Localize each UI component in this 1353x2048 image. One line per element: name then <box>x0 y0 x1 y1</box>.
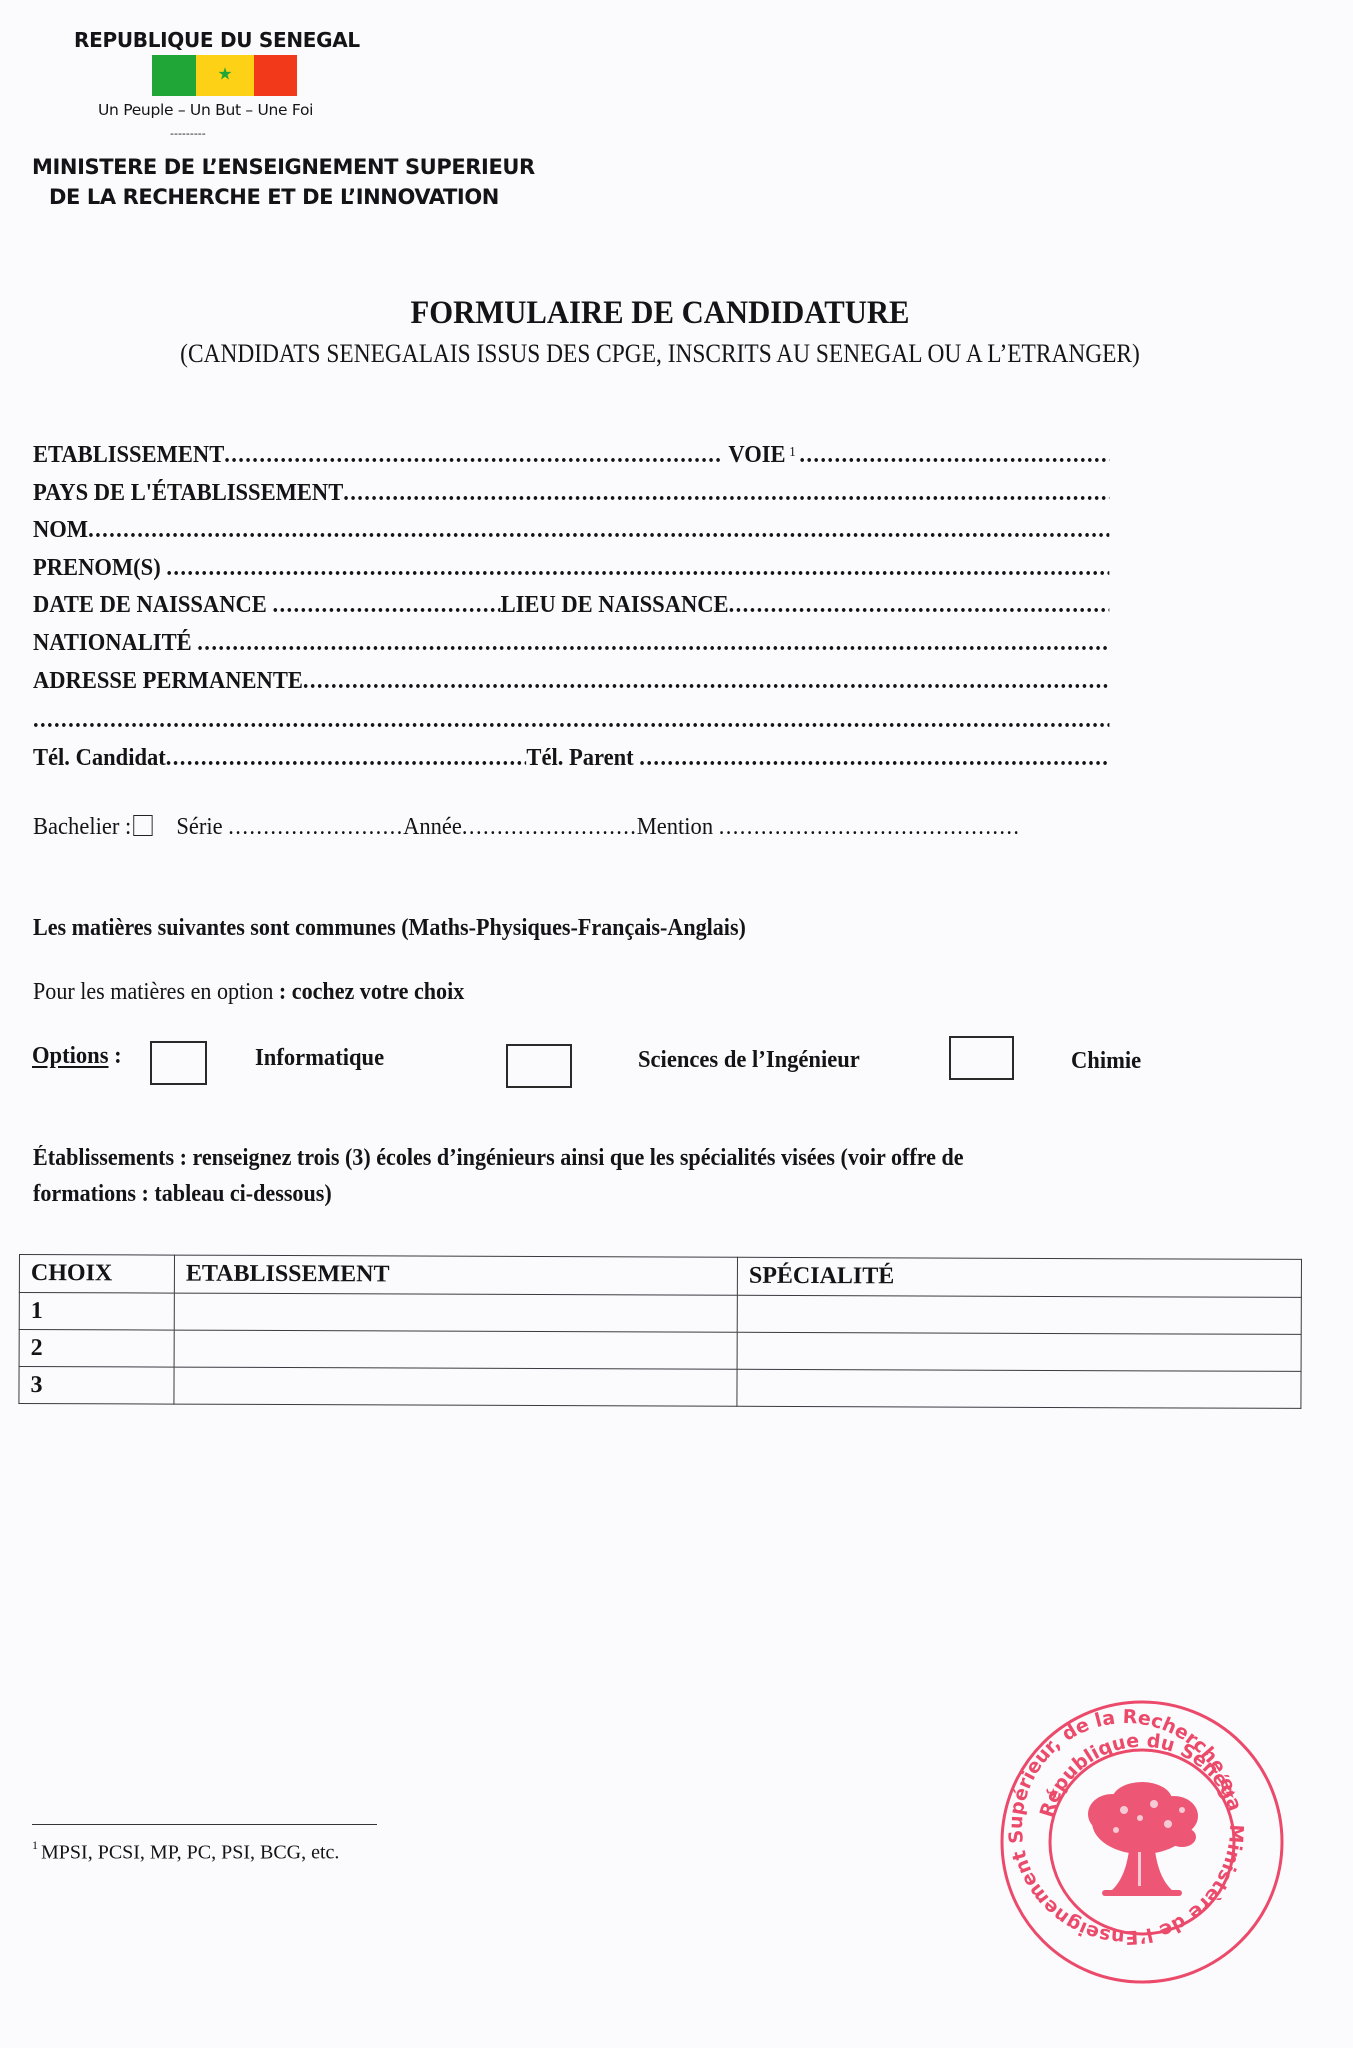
senegal-flag: ★ <box>152 55 297 96</box>
serie-label: Série <box>176 812 228 842</box>
row-nom: NOM <box>33 515 1109 545</box>
footnote-divider <box>32 1824 377 1825</box>
row-pays: PAYS DE L'ÉTABLISSEMENT <box>33 478 1109 508</box>
etablissement-cell[interactable] <box>174 1367 737 1406</box>
nom-label: NOM <box>33 515 88 545</box>
flag-green-band <box>152 55 196 96</box>
establishments-instruction-line-1: Établissements : renseignez trois (3) éc… <box>33 1145 964 1172</box>
row-adresse: ADRESSE PERMANENTE <box>33 666 1109 696</box>
bachelier-label: Bachelier : <box>33 812 131 842</box>
official-stamp: République du Sénégal Ministère de l’Ens… <box>992 1692 1292 1992</box>
footnote-text: MPSI, PCSI, MP, PC, PSI, BCG, etc. <box>41 1842 339 1864</box>
row-nationalite: NATIONALITÉ <box>33 628 1109 658</box>
voie-footnote-ref: 1 <box>789 440 795 468</box>
choices-table: CHOIX ETABLISSEMENT SPÉCIALITÉ 1 2 3 <box>18 1254 1302 1409</box>
annee-field[interactable] <box>462 812 637 842</box>
row-telephones: Tél. Candidat Tél. Parent <box>33 743 1109 773</box>
row-etablissement: ETABLISSEMENT VOIE 1 <box>33 440 1109 470</box>
tel-parent-field[interactable] <box>639 743 1109 773</box>
national-motto: Un Peuple – Un But – Une Foi <box>98 101 313 119</box>
options-colon: : <box>108 1043 121 1069</box>
pays-label: PAYS DE L'ÉTABLISSEMENT <box>33 478 343 508</box>
options-title-text: Options <box>32 1043 108 1069</box>
establishments-instruction-line-2: formations : tableau ci-dessous) <box>33 1181 332 1208</box>
annee-label: Année <box>403 812 462 842</box>
row-prenoms: PRENOM(S) <box>33 553 1109 583</box>
option-sciences-ingenieur-checkbox[interactable] <box>506 1044 572 1088</box>
common-subjects-note: Les matières suivantes sont communes (Ma… <box>33 915 746 942</box>
header-etablissement: ETABLISSEMENT <box>174 1255 737 1295</box>
date-naissance-label: DATE DE NAISSANCE <box>33 590 272 620</box>
etablissement-cell[interactable] <box>174 1293 737 1332</box>
nom-field[interactable] <box>88 515 1109 545</box>
row-adresse-2 <box>33 705 1109 735</box>
table-header-row: CHOIX ETABLISSEMENT SPÉCIALITÉ <box>19 1255 1301 1298</box>
specialite-cell[interactable] <box>737 1332 1301 1371</box>
ministry-line-1: MINISTERE DE L’ENSEIGNEMENT SUPERIEUR <box>32 152 535 182</box>
stamp-seal-icon: République du Sénégal Ministère de l’Ens… <box>992 1692 1292 1992</box>
header-specialite: SPÉCIALITÉ <box>737 1257 1301 1297</box>
flag-red-band <box>254 55 297 96</box>
tel-candidat-field[interactable] <box>166 743 527 773</box>
etablissement-label: ETABLISSEMENT <box>33 440 224 470</box>
bachelier-checkbox[interactable] <box>133 815 152 836</box>
baobab-tree-icon <box>1088 1782 1198 1896</box>
lieu-naissance-label: LIEU DE NAISSANCE <box>501 590 729 620</box>
etablissement-cell[interactable] <box>174 1330 737 1369</box>
mention-field[interactable] <box>719 812 1018 842</box>
tel-parent-label: Tél. Parent <box>526 743 639 773</box>
date-naissance-field[interactable] <box>272 590 500 620</box>
header-separator: --------- <box>170 127 206 140</box>
adresse-label: ADRESSE PERMANENTE <box>33 666 303 696</box>
document-subtitle: (CANDIDATS SENEGALAIS ISSUS DES CPGE, IN… <box>66 339 1254 369</box>
row-bac: Bachelier : Série Année Mention <box>33 812 1137 842</box>
options-prompt: Pour les matières en option : cochez vot… <box>33 979 464 1006</box>
mention-label: Mention <box>637 812 719 842</box>
prenoms-field[interactable] <box>166 553 1109 583</box>
flag-yellow-band: ★ <box>196 55 254 96</box>
nationalite-field[interactable] <box>197 628 1109 658</box>
choix-number: 2 <box>19 1330 174 1368</box>
voie-field[interactable] <box>799 440 1109 470</box>
footnote: 1MPSI, PCSI, MP, PC, PSI, BCG, etc. <box>32 1840 339 1865</box>
option-informatique-label: Informatique <box>255 1045 384 1072</box>
footnote-marker: 1 <box>32 1838 38 1852</box>
table-row: 1 <box>19 1293 1301 1335</box>
options-prompt-text: Pour les matières en option <box>33 979 279 1005</box>
specialite-cell[interactable] <box>737 1295 1301 1334</box>
document-title: FORMULAIRE DE CANDIDATURE <box>46 295 1274 332</box>
country-name: REPUBLIQUE DU SENEGAL <box>74 28 360 52</box>
choix-number: 1 <box>19 1293 174 1331</box>
option-chimie-label: Chimie <box>1071 1048 1141 1075</box>
ministry-name: MINISTERE DE L’ENSEIGNEMENT SUPERIEUR DE… <box>32 152 535 212</box>
specialite-cell[interactable] <box>737 1369 1301 1408</box>
table-row: 3 <box>19 1367 1301 1409</box>
serie-field[interactable] <box>228 812 403 842</box>
etablissement-field[interactable] <box>224 440 721 470</box>
ministry-line-2: DE LA RECHERCHE ET DE L’INNOVATION <box>32 182 535 212</box>
options-title: Options : <box>32 1043 122 1070</box>
option-informatique-checkbox[interactable] <box>150 1041 207 1085</box>
option-chimie-checkbox[interactable] <box>949 1036 1014 1080</box>
tel-candidat-label: Tél. Candidat <box>33 743 166 773</box>
lieu-naissance-field[interactable] <box>729 590 1110 620</box>
nationalite-label: NATIONALITÉ <box>33 628 197 658</box>
adresse-field[interactable] <box>303 666 1109 696</box>
adresse-field-line-2[interactable] <box>33 705 1109 735</box>
voie-label: VOIE <box>728 440 785 470</box>
row-naissance: DATE DE NAISSANCE LIEU DE NAISSANCE <box>33 590 1109 620</box>
prenoms-label: PRENOM(S) <box>33 553 166 583</box>
header-choix: CHOIX <box>19 1255 174 1294</box>
green-star-icon: ★ <box>217 66 232 83</box>
svg-text:★: ★ <box>1047 1786 1060 1802</box>
table-row: 2 <box>19 1330 1301 1372</box>
choix-number: 3 <box>19 1367 174 1405</box>
options-prompt-bold: : cochez votre choix <box>279 979 464 1005</box>
pays-field[interactable] <box>343 478 1109 508</box>
svg-text:★: ★ <box>1224 1786 1237 1802</box>
option-sciences-ingenieur-label: Sciences de l’Ingénieur <box>638 1047 860 1074</box>
